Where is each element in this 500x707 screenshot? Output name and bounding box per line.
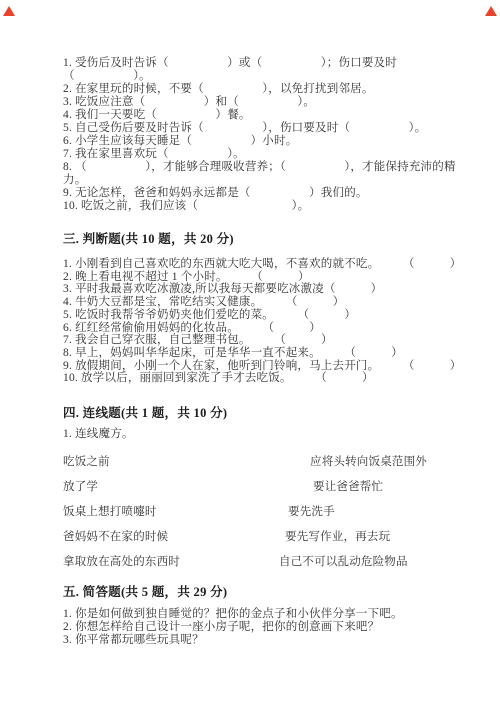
judge-item: 2. 晚上看电视不超过 1 个小时。 （ ） [63,271,460,284]
match-right-item: 自己不可以乱动危险物品 [279,553,408,569]
fill-blank-line: 6. 小学生应该每天睡足（ ）小时。 [63,135,460,148]
match-right-item: 要先洗手 [288,503,335,519]
judge-section: 1. 小刚看到自己喜欢吃的东西就大吃大喝，不喜欢的就不吃。 （ ） 2. 晚上看… [63,258,460,385]
match-left-item: 吃饭之前 [63,453,110,469]
fill-blank-line: （ ）。 [63,70,460,83]
judge-item: 10. 放学以后，丽丽回到家洗了手才去吃饭。 （ ） [63,372,460,385]
match-row: 爸妈妈不在家的时候 要先写作业，再去玩 [63,528,460,553]
short-answer-item: 2. 你想怎样给自己设计一座小房子呢，把你的创意画下来吧？ [63,621,460,634]
fill-blank-section: 1. 受伤后及时告诉（ ）或（ ）；伤口要及时 （ ）。 2. 在家里玩的时候，… [63,57,460,213]
judge-item: 4. 牛奶大豆都是宝，常吃结实又健康。 （ ） [63,296,460,309]
fill-blank-line: 9. 无论怎样，爸爸和妈妈永远都是（ ）我们的。 [63,187,460,200]
fill-blank-line: 10. 吃饭之前，我们应该（ ）。 [63,200,460,213]
short-answer-item: 1. 你是如何做到独自睡觉的？把你的金点子和小伙伴分享一下吧。 [63,608,460,621]
match-section-heading: 四. 连线题(共 1 题，共 10 分) [63,403,460,421]
match-left-item: 放了学 [63,478,98,494]
fill-blank-line: 7. 我在家里喜欢玩（ ）。 [63,148,460,161]
match-row: 饭桌上想打喷嚏时 要先洗手 [63,503,460,528]
match-left-item: 拿取放在高处的东西时 [63,553,180,569]
match-right-item: 要让爸爸帮忙 [313,478,383,494]
fill-blank-line: 3. 吃饭应注意（ ）和（ ）。 [63,96,460,109]
short-answer-section: 1. 你是如何做到独自睡觉的？把你的金点子和小伙伴分享一下吧。 2. 你想怎样给… [63,608,460,647]
judge-item: 9. 放假期间，小刚一个人在家，他听到门铃响，马上去开门。 （ ） [63,360,460,373]
fill-blank-line: 5. 自己受伤后要及时告诉（ ），伤口要及时（ ）。 [63,122,460,135]
judge-item: 5. 吃饭时我帮爷爷奶奶夹他们爱吃的菜。 （ ） [63,309,460,322]
fill-blank-line: 1. 受伤后及时告诉（ ）或（ ）；伤口要及时 [63,57,460,70]
match-left-item: 爸妈妈不在家的时候 [63,528,168,544]
fill-blank-line: 4. 我们一天要吃（ ）餐。 [63,109,460,122]
fill-blank-line: 8. （ ），才能够合理吸收营养；（ ），才能保持充沛的精 [63,161,460,174]
match-left-item: 饭桌上想打喷嚏时 [63,503,157,519]
match-row: 拿取放在高处的东西时 自己不可以乱动危险物品 [63,553,460,578]
judge-item: 7. 我会自己穿衣服，自己整理书包。 （ ） [63,334,460,347]
short-answer-item: 3. 你平常都玩哪些玩具呢？ [63,634,460,647]
judge-item: 8. 早上，妈妈叫华华起床，可是华华一直不起来。 （ ） [63,347,460,360]
judge-item: 3. 平时我最喜欢吃冰激凌,所以我每天都要吃冰激凌（ ） [63,283,460,296]
match-row: 放了学 要让爸爸帮忙 [63,478,460,503]
judge-item: 1. 小刚看到自己喜欢吃的东西就大吃大喝，不喜欢的就不吃。 （ ） [63,258,460,271]
fill-blank-line: 2. 在家里玩的时候，不要（ ），以免打扰到邻居。 [63,83,460,96]
match-right-item: 应将头转向饭桌范围外 [310,453,427,469]
judge-section-heading: 三. 判断题(共 10 题，共 20 分) [63,229,460,247]
judge-item: 6. 红红经常偷偷用妈妈的化妆品。 （ ） [63,322,460,335]
match-right-item: 要先写作业，再去玩 [285,528,390,544]
match-row: 吃饭之前 应将头转向饭桌范围外 [63,453,460,478]
match-section: 吃饭之前 应将头转向饭桌范围外 放了学 要让爸爸帮忙 饭桌上想打喷嚏时 要先洗手… [63,453,460,578]
fill-blank-line: 力。 [63,174,460,187]
short-section-heading: 五. 简答题(共 5 题，共 29 分) [63,582,460,600]
worksheet-page: 1. 受伤后及时告诉（ ）或（ ）；伤口要及时 （ ）。 2. 在家里玩的时候，… [0,0,500,707]
match-intro: 1. 连线魔方。 [63,428,460,441]
